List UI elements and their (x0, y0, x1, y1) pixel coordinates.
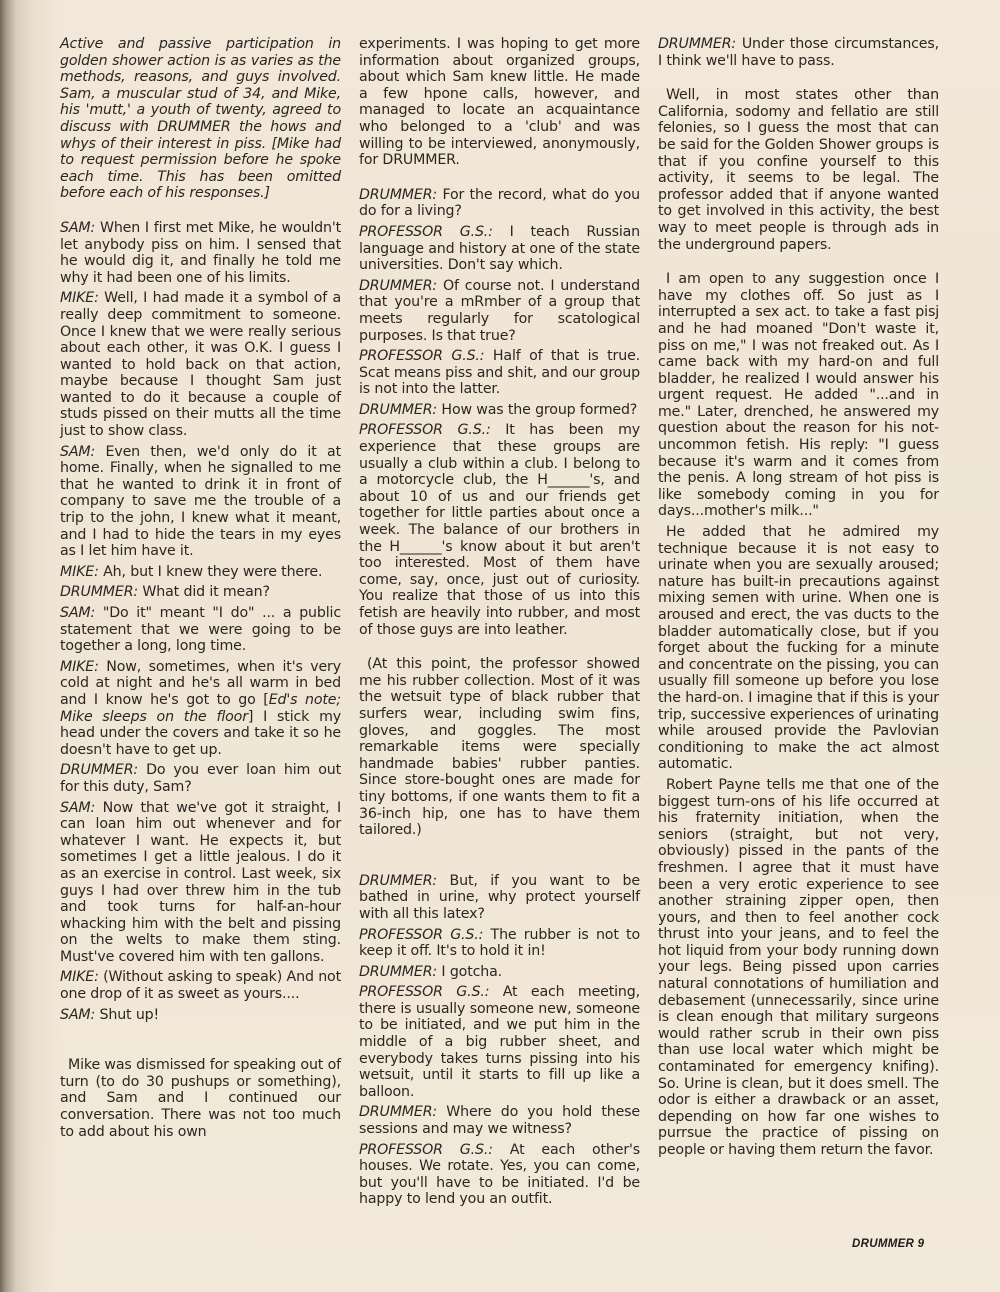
speaker-label: SAM: (60, 605, 95, 621)
dialogue-line: MIKE: Well, I had made it a symbol of a … (60, 290, 341, 439)
dialogue-line: PROFESSOR G.S.: It has been my experienc… (359, 422, 640, 638)
speaker-label: PROFESSOR G.S.: (359, 348, 484, 364)
body-paragraph: Robert Payne tells me that one of the bi… (658, 777, 939, 1159)
speaker-label: DRUMMER: (60, 762, 138, 778)
column-middle: experiments. I was hoping to get more in… (359, 36, 640, 1226)
speaker-label: DRUMMER: (359, 964, 437, 980)
dialogue-line: PROFESSOR G.S.: The rubber is not to kee… (359, 927, 640, 960)
speaker-label: SAM: (60, 800, 95, 816)
magazine-page: Active and passive participation in gold… (0, 0, 1000, 1292)
speaker-label: DRUMMER: (359, 402, 437, 418)
dialogue-text: Shut up! (95, 1007, 159, 1023)
dialogue-line: MIKE: Now, sometimes, when it's very col… (60, 659, 341, 759)
dialogue-text: What did it mean? (138, 584, 270, 600)
body-paragraph: experiments. I was hoping to get more in… (359, 36, 640, 169)
dialogue-line: SAM: Shut up! (60, 1007, 341, 1024)
dialogue-text: At each meeting, there is usually someon… (359, 984, 640, 1100)
speaker-label: SAM: (60, 1007, 95, 1023)
dialogue-line: DRUMMER: Do you ever loan him out for th… (60, 762, 341, 795)
dialogue-line: DRUMMER: But, if you want to be bathed i… (359, 873, 640, 923)
dialogue-text: (Without asking to speak) And not one dr… (60, 969, 341, 1002)
column-right: DRUMMER: Under those circumstances, I th… (658, 36, 939, 1226)
dialogue-text: Even then, we'd only do it at home. Fina… (60, 444, 341, 560)
speaker-label: PROFESSOR G.S.: (359, 984, 489, 1000)
dialogue-line: DRUMMER: Under those circumstances, I th… (658, 36, 939, 69)
dialogue-line: PROFESSOR G.S.: At each other's houses. … (359, 1142, 640, 1208)
speaker-label: PROFESSOR G.S.: (359, 224, 493, 240)
dialogue-line: PROFESSOR G.S.: At each meeting, there i… (359, 984, 640, 1100)
dialogue-text: "Do it" meant "I do" ... a public statem… (60, 605, 341, 654)
speaker-label: DRUMMER: (60, 584, 138, 600)
speaker-label: PROFESSOR G.S.: (359, 1142, 493, 1158)
dialogue-line: SAM: Now that we've got it straight, I c… (60, 800, 341, 966)
speaker-label: DRUMMER: (359, 1104, 437, 1120)
body-paragraph: Mike was dismissed for speaking out of t… (60, 1057, 341, 1140)
dialogue-line: SAM: When I first met Mike, he wouldn't … (60, 220, 341, 286)
speaker-label: DRUMMER: (359, 278, 437, 294)
dialogue-text: When I first met Mike, he wouldn't let a… (60, 220, 341, 286)
speaker-label: MIKE: (60, 969, 99, 985)
speaker-label: DRUMMER: (658, 36, 736, 52)
speaker-label: DRUMMER: (359, 187, 437, 203)
dialogue-text: Well, I had made it a symbol of a really… (60, 290, 341, 439)
dialogue-line: PROFESSOR G.S.: Half of that is true. Sc… (359, 348, 640, 398)
article-body: Active and passive participation in gold… (60, 36, 940, 1226)
speaker-label: PROFESSOR G.S.: (359, 927, 483, 943)
body-paragraph: (At this point, the professor showed me … (359, 656, 640, 839)
dialogue-text: Now that we've got it straight, I can lo… (60, 800, 341, 965)
dialogue-text: How was the group formed? (437, 402, 637, 418)
intro-paragraph: Active and passive participation in gold… (60, 36, 341, 202)
dialogue-line: DRUMMER: For the record, what do you do … (359, 187, 640, 220)
dialogue-text: I gotcha. (437, 964, 502, 980)
dialogue-line: DRUMMER: I gotcha. (359, 964, 640, 981)
dialogue-line: MIKE: Ah, but I knew they were there. (60, 564, 341, 581)
speaker-label: SAM: (60, 220, 95, 236)
dialogue-line: DRUMMER: What did it mean? (60, 584, 341, 601)
speaker-label: MIKE: (60, 659, 99, 675)
dialogue-line: SAM: Even then, we'd only do it at home.… (60, 444, 341, 560)
speaker-label: SAM: (60, 444, 95, 460)
speaker-label: MIKE: (60, 290, 99, 306)
body-paragraph: I am open to any suggestion once I have … (658, 271, 939, 520)
dialogue-line: DRUMMER: Where do you hold these session… (359, 1104, 640, 1137)
dialogue-text: Ah, but I knew they were there. (99, 564, 323, 580)
dialogue-line: SAM: "Do it" meant "I do" ... a public s… (60, 605, 341, 655)
dialogue-line: MIKE: (Without asking to speak) And not … (60, 969, 341, 1002)
column-left: Active and passive participation in gold… (60, 36, 341, 1226)
dialogue-line: DRUMMER: How was the group formed? (359, 402, 640, 419)
speaker-label: MIKE: (60, 564, 99, 580)
speaker-label: PROFESSOR G.S.: (359, 422, 491, 438)
page-footer-folio: DRUMMER 9 (852, 1238, 924, 1250)
body-paragraph: He added that he admired my technique be… (658, 524, 939, 773)
body-paragraph: Well, in most states other than Californ… (658, 87, 939, 253)
dialogue-text: It has been my experience that these gro… (359, 422, 640, 637)
dialogue-line: DRUMMER: Of course not. I understand tha… (359, 278, 640, 344)
speaker-label: DRUMMER: (359, 873, 437, 889)
dialogue-line: PROFESSOR G.S.: I teach Russian language… (359, 224, 640, 274)
